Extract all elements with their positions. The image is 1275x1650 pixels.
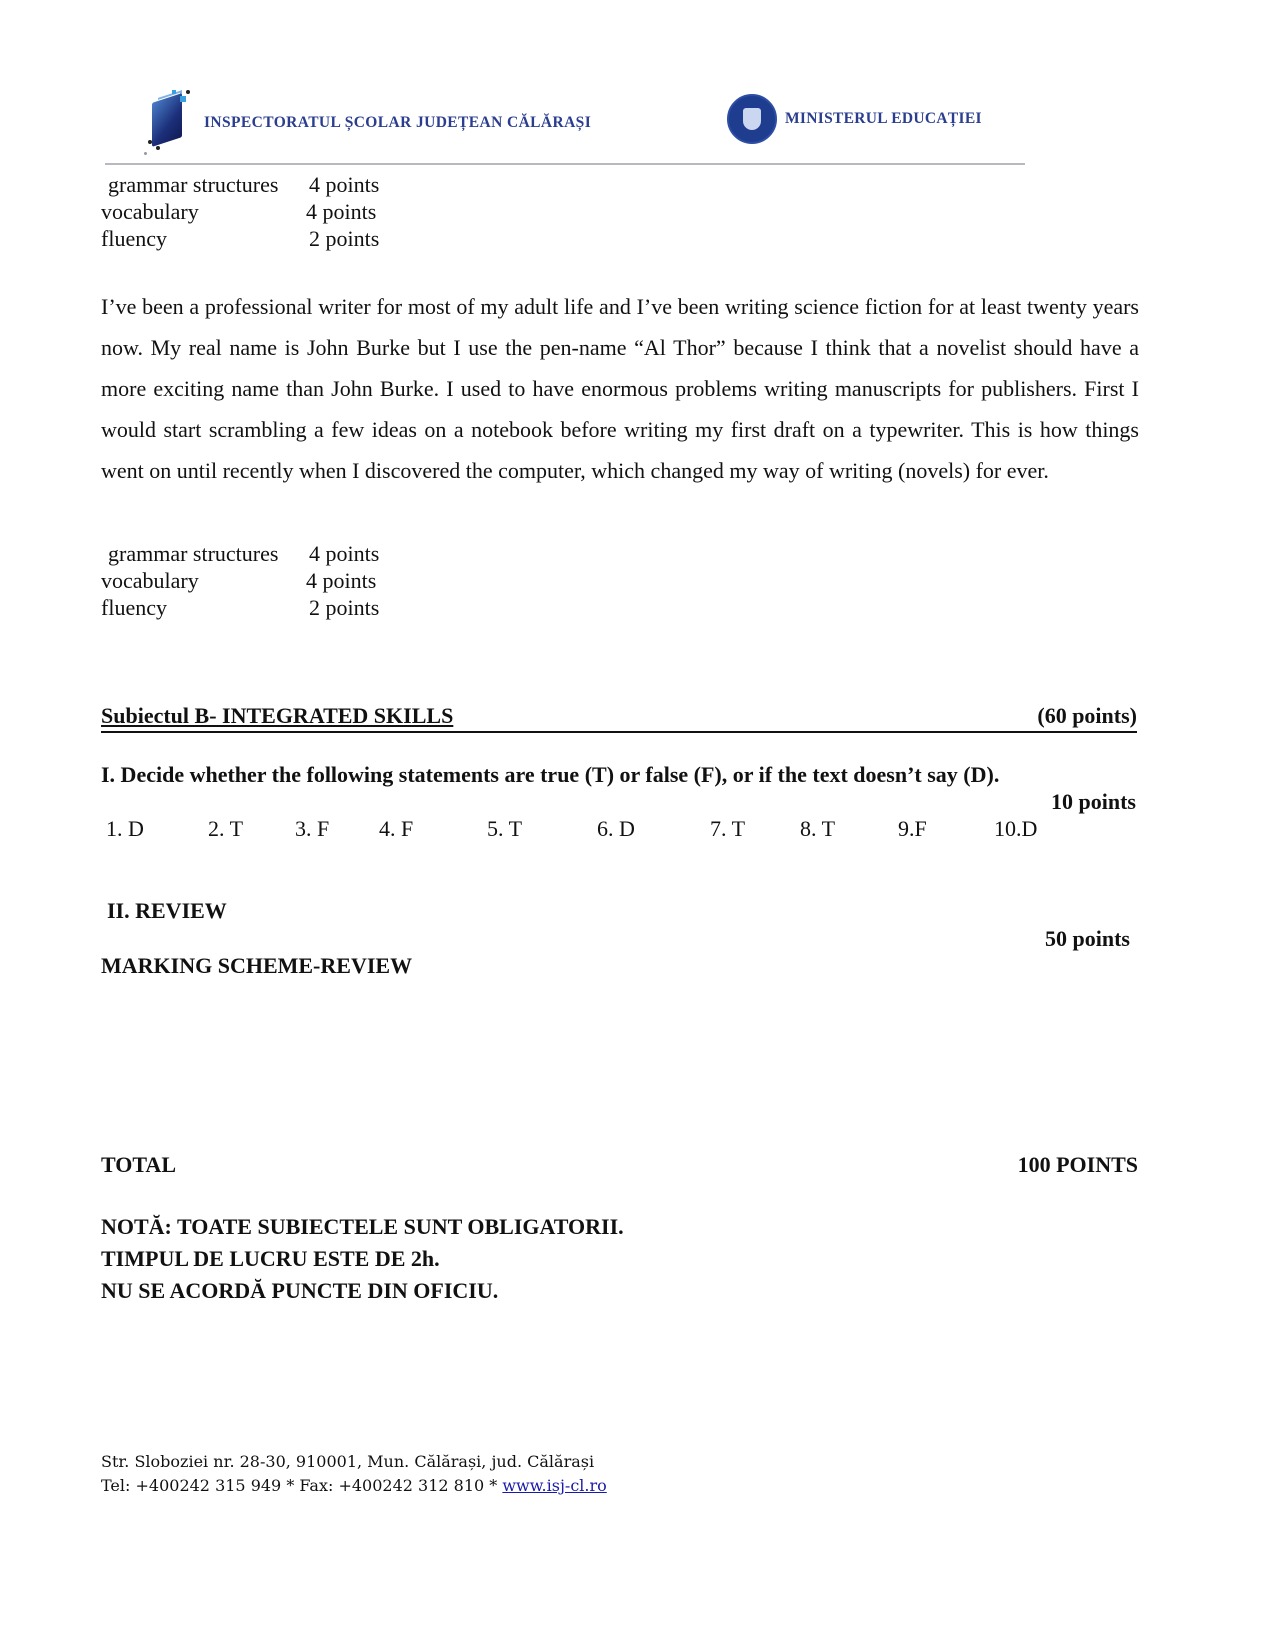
answer-item: 6. D (597, 816, 635, 842)
task-2-points: 50 points (1045, 926, 1130, 952)
ministry-logo: MINISTERUL EDUCAȚIEI (727, 94, 982, 144)
section-b-heading: Subiectul B- INTEGRATED SKILLS (60 point… (101, 703, 1137, 733)
answer-item: 7. T (710, 816, 745, 842)
website-link[interactable]: www.isj-cl.ro (502, 1476, 606, 1495)
note-line: TIMPUL DE LUCRU ESTE DE 2h. (101, 1246, 440, 1272)
ministry-name: MINISTERUL EDUCAȚIEI (785, 110, 982, 128)
task-1-points: 10 points (1051, 789, 1136, 815)
isj-name: INSPECTORATUL ȘCOLAR JUDEȚEAN CĂLĂRAȘI (204, 114, 591, 132)
note-line: NU SE ACORDĂ PUNCTE DIN OFICIU. (101, 1278, 498, 1304)
page-footer: Str. Sloboziei nr. 28-30, 910001, Mun. C… (101, 1450, 607, 1498)
answer-item: 8. T (800, 816, 835, 842)
answer-item: 5. T (487, 816, 522, 842)
criterion: vocabulary (101, 198, 199, 225)
criterion: fluency (101, 594, 167, 621)
criterion: grammar structures (108, 540, 278, 567)
answer-item: 4. F (379, 816, 413, 842)
marking-scheme-title: MARKING SCHEME-REVIEW (101, 953, 412, 979)
points: 4 points (309, 171, 379, 198)
task-1-instruction: I. Decide whether the following statemen… (101, 762, 999, 788)
isj-logo: INSPECTORATUL ȘCOLAR JUDEȚEAN CĂLĂRAȘI (142, 90, 591, 156)
criterion: vocabulary (101, 567, 199, 594)
criterion: grammar structures (108, 171, 278, 198)
points: 4 points (306, 198, 376, 225)
total-value: 100 POINTS (1018, 1152, 1138, 1178)
points: 2 points (309, 225, 379, 252)
answer-item: 3. F (295, 816, 329, 842)
criterion: fluency (101, 225, 167, 252)
footer-contact: Tel: +400242 315 949 * Fax: +400242 312 … (101, 1474, 607, 1498)
book-icon (142, 90, 198, 156)
answer-item: 1. D (106, 816, 144, 842)
footer-phone-fax: Tel: +400242 315 949 * Fax: +400242 312 … (101, 1476, 502, 1495)
answer-item: 10.D (994, 816, 1037, 842)
total-label: TOTAL (101, 1152, 176, 1178)
sample-paragraph: I’ve been a professional writer for most… (101, 286, 1139, 491)
section-b-points: (60 points) (1037, 703, 1137, 729)
letterhead: INSPECTORATUL ȘCOLAR JUDEȚEAN CĂLĂRAȘI M… (105, 80, 1025, 168)
task-2-title: II. REVIEW (107, 898, 227, 924)
points: 4 points (306, 567, 376, 594)
answer-item: 2. T (208, 816, 243, 842)
points: 2 points (309, 594, 379, 621)
footer-address: Str. Sloboziei nr. 28-30, 910001, Mun. C… (101, 1450, 607, 1474)
header-divider (105, 163, 1025, 165)
government-seal-icon (727, 94, 777, 144)
section-b-title: Subiectul B- INTEGRATED SKILLS (101, 703, 453, 729)
answer-item: 9.F (898, 816, 927, 842)
points: 4 points (309, 540, 379, 567)
note-line: NOTĂ: TOATE SUBIECTELE SUNT OBLIGATORII. (101, 1214, 624, 1240)
